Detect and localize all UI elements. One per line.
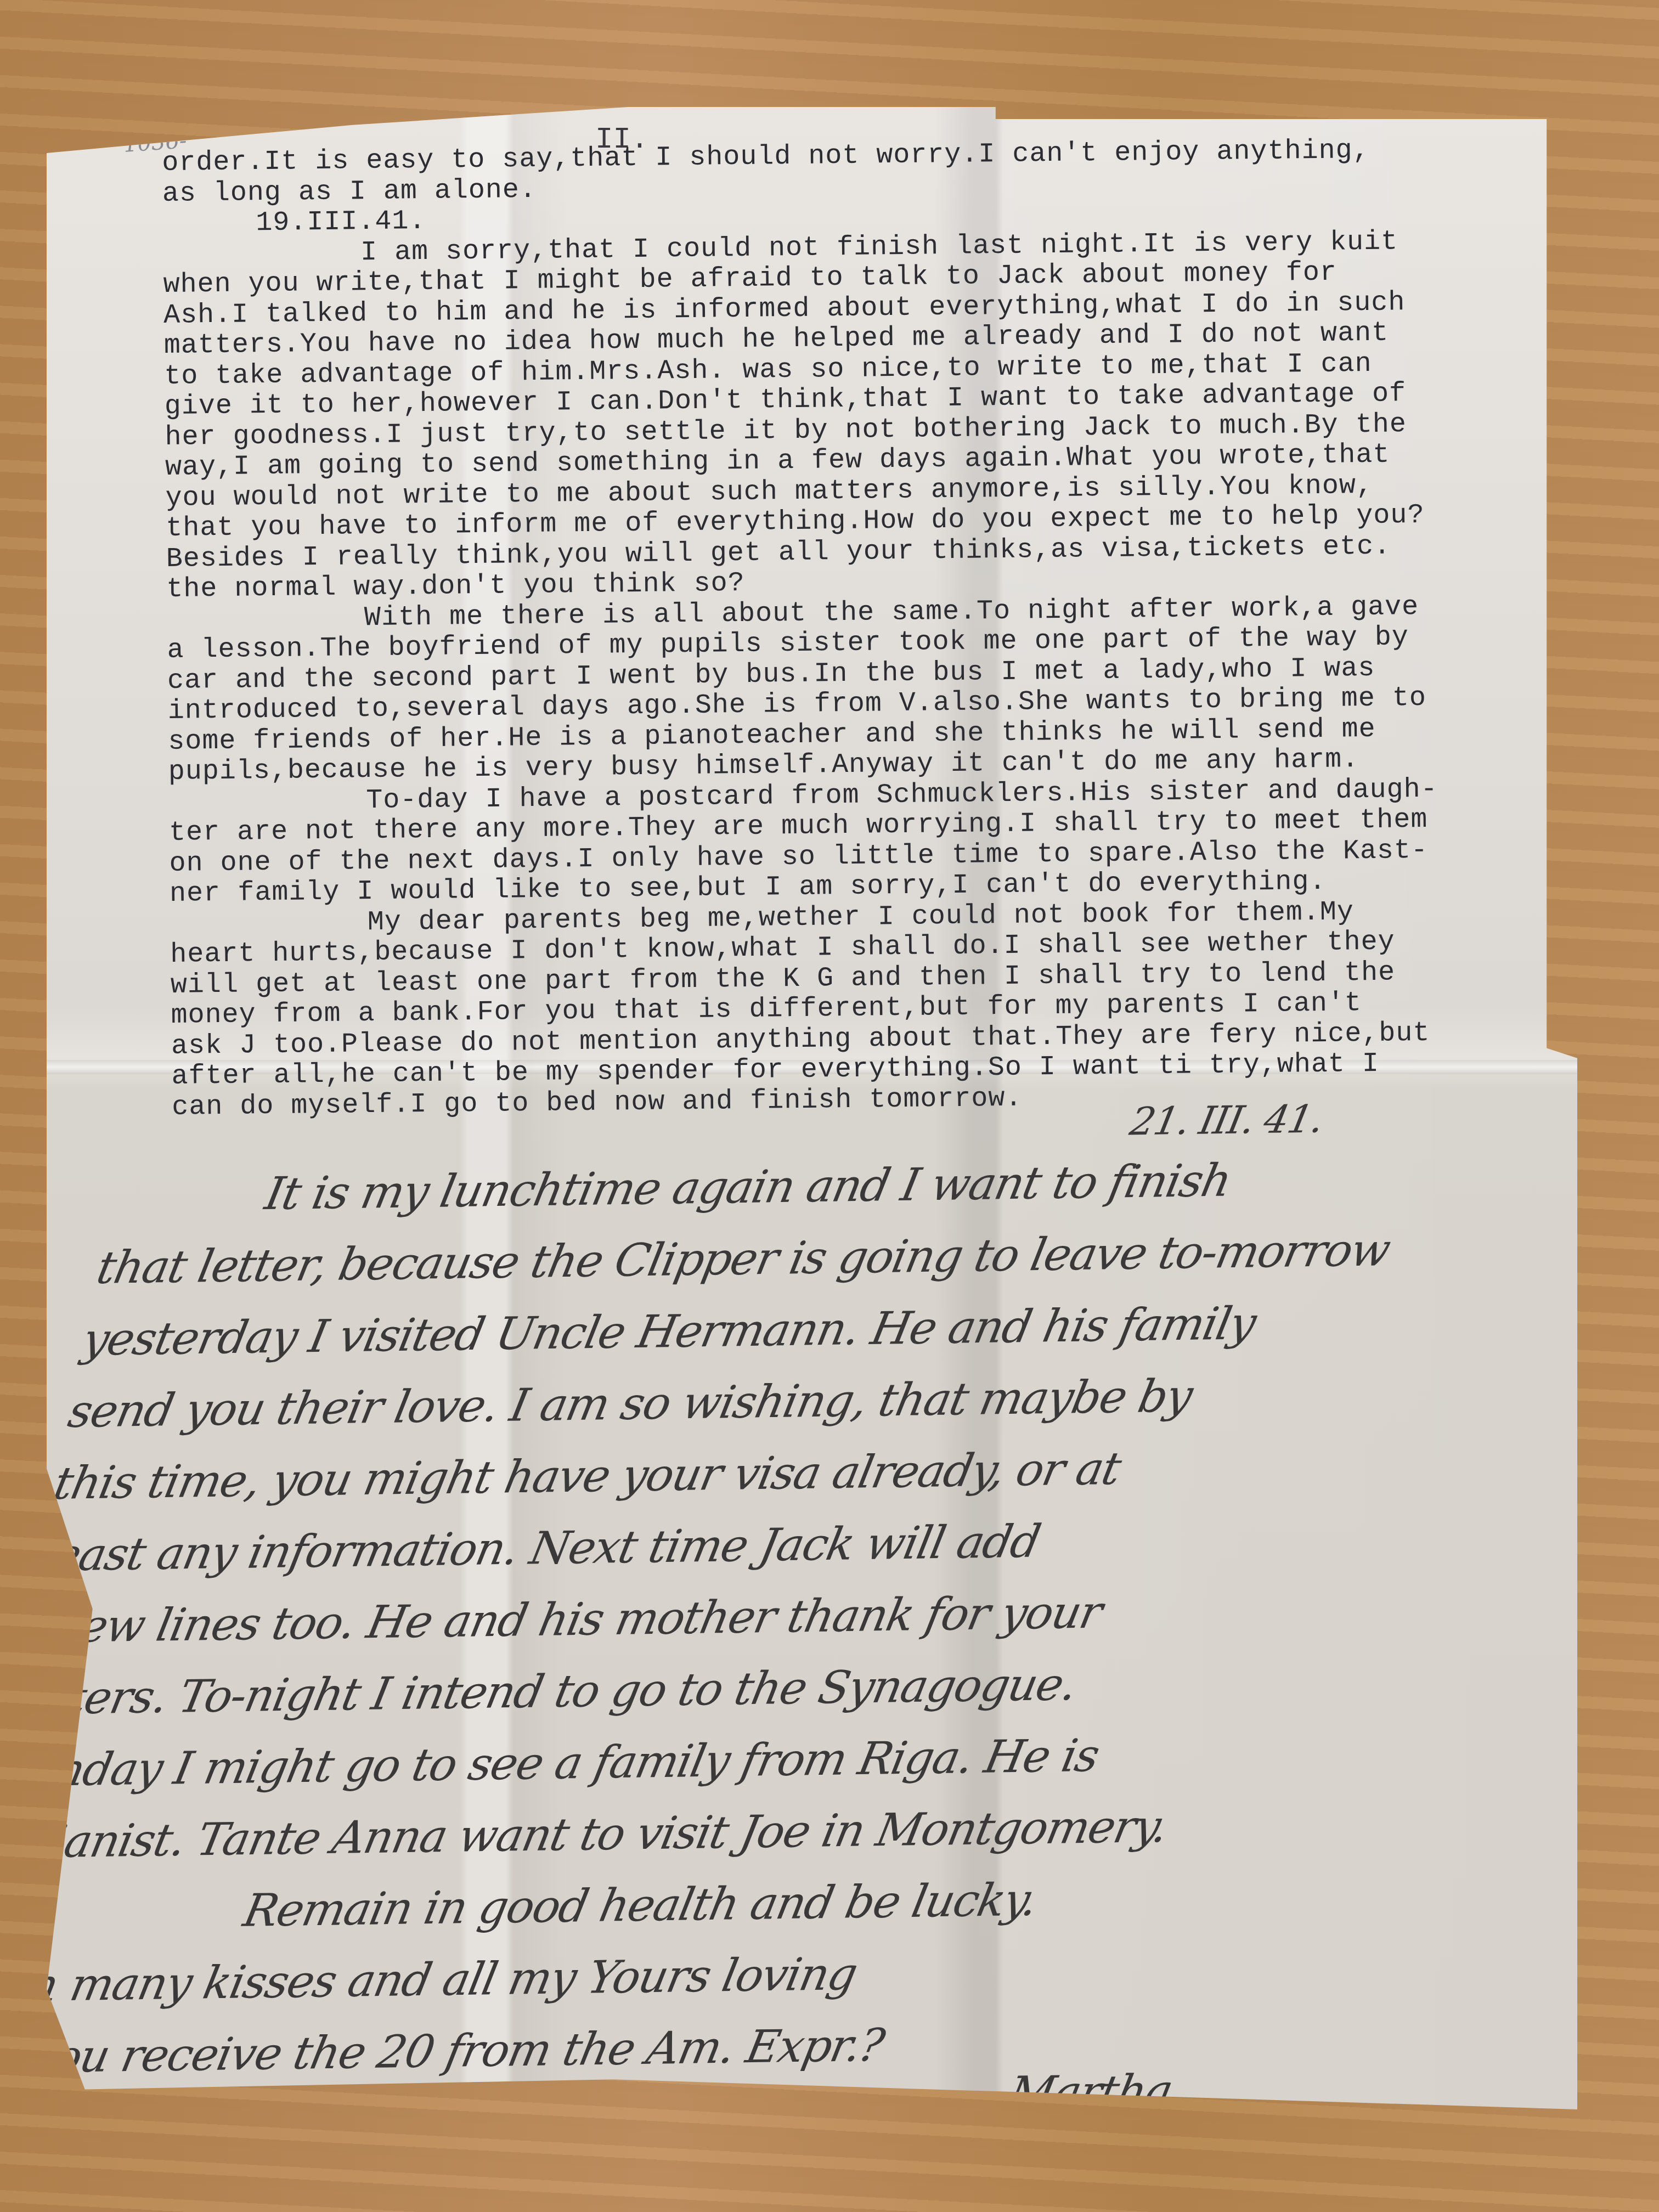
typed-section: order.It is easy to say,that I should no… xyxy=(162,134,1554,1122)
letter-paper: 1036- II. order.It is easy to say,that I… xyxy=(47,107,1577,2109)
handwritten-section: 21. III. 41. It is my lunchtime again an… xyxy=(0,1091,1559,2145)
